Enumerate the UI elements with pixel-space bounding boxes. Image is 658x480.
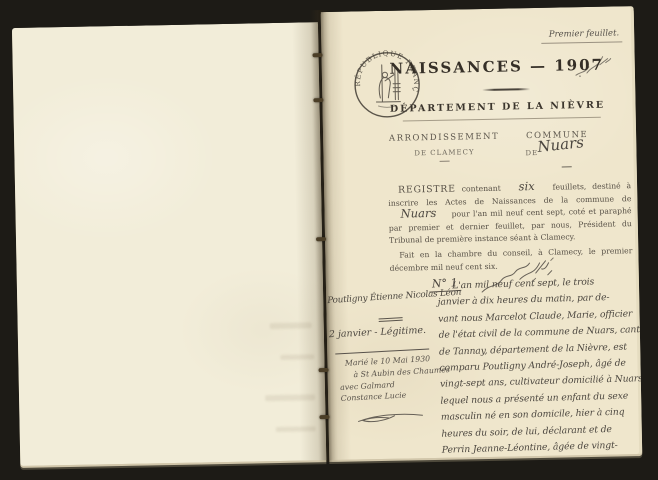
commune-de-word: DE: [525, 149, 538, 157]
binding-stitch: [313, 98, 323, 102]
registre-paragraph: REGISTRE contenant six feuillets, destin…: [388, 180, 632, 248]
left-blank-page: [12, 22, 326, 466]
binding-stitch: [312, 53, 322, 57]
ink-bleed-mark: [265, 394, 315, 401]
small-divider-dash: [562, 166, 572, 167]
commune-name-handwritten: Nuars: [536, 133, 584, 156]
binding-stitch: [319, 415, 329, 419]
photographed-register-scan: Premier feuillet. RÉPUBLIQUE FRANÇAISE: [0, 0, 658, 480]
register-title-page: Premier feuillet. RÉPUBLIQUE FRANÇAISE: [321, 6, 643, 460]
arrondissement-value: DE CLAMECY: [369, 147, 519, 158]
margin-flourish: [354, 406, 428, 429]
registre-word: REGISTRE: [398, 184, 456, 196]
arrondissement-block: ARRONDISSEMENT DE CLAMECY: [369, 131, 520, 163]
ink-bleed-mark: [270, 322, 312, 329]
ink-bleed-mark: [280, 354, 314, 360]
ink-bleed-mark: [276, 426, 316, 432]
department-rule: [403, 117, 601, 122]
open-register-book: Premier feuillet. RÉPUBLIQUE FRANÇAISE: [12, 4, 645, 468]
margin-divider-dash: [379, 317, 403, 319]
title-divider: [482, 88, 530, 91]
birth-act-text: L'an mil neuf cent sept, le trois janvie…: [437, 273, 642, 459]
printed-text: contenant: [462, 184, 501, 194]
binding-stitch: [319, 368, 329, 372]
act-margin-date: 2 janvier - Légitime.: [329, 325, 427, 340]
folio-note: Premier feuillet.: [541, 28, 623, 44]
handwritten-commune-name: Nuars: [388, 206, 448, 221]
handwritten-folio-count: six: [506, 179, 546, 194]
binding-stitch: [316, 237, 326, 241]
arrondissement-label: ARRONDISSEMENT: [369, 131, 519, 144]
small-divider-dash: [440, 161, 450, 162]
